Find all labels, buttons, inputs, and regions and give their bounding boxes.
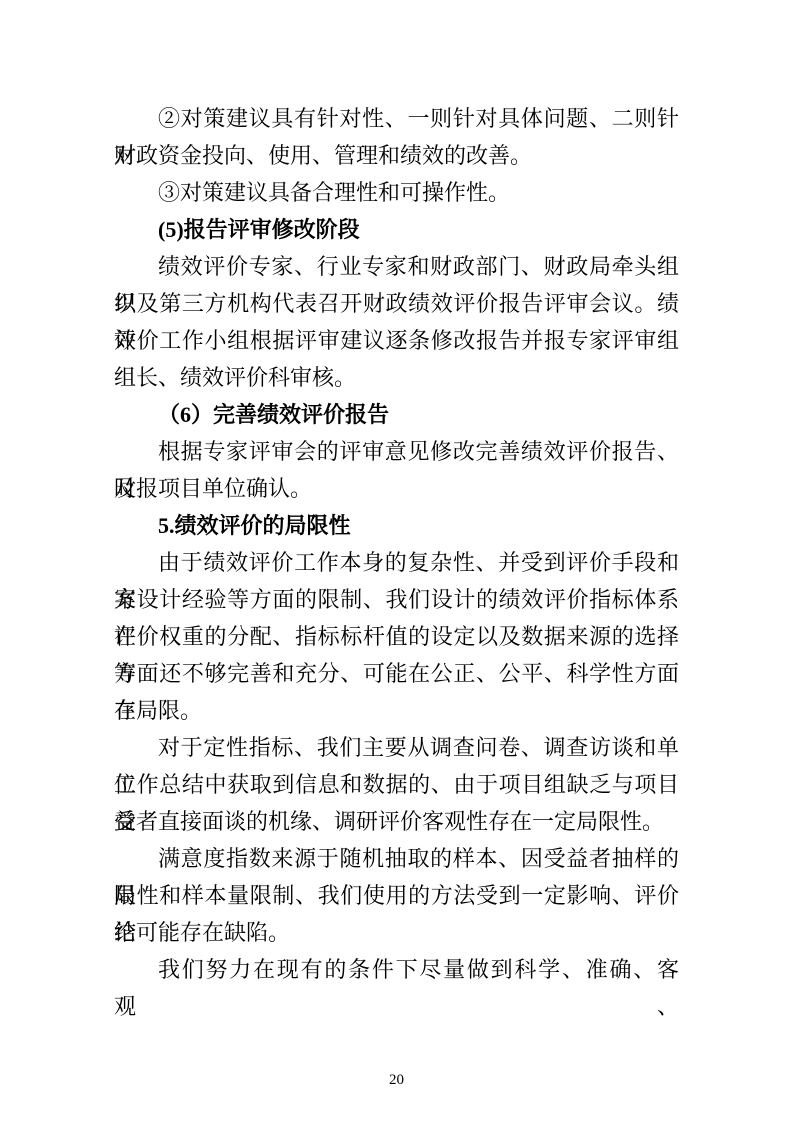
text-line: 对于定性指标、我们主要从调查问卷、调查访谈和单位: [114, 729, 679, 766]
text-line: 时报项目单位确认。: [114, 470, 679, 507]
page-body-text: ②对策建议具有针对性、一则针对具体问题、二则针对 财政资金投向、使用、管理和绩效…: [114, 100, 679, 988]
text-line: 组长、绩效评价科审核。: [114, 359, 679, 396]
text-line: 绩效评价专家、行业专家和财政部门、财政局牵头组织: [114, 248, 679, 285]
heading-report-review-stage: (5)报告评审修改阶段: [114, 211, 679, 248]
text-line: 在局限。: [114, 692, 679, 729]
heading-evaluation-limitations: 5.绩效评价的局限性: [114, 507, 679, 544]
page-number: 20: [389, 1072, 404, 1088]
text-line: 我们努力在现有的条件下尽量做到科学、准确、客观、: [114, 951, 679, 988]
heading-improve-evaluation-report: （6）完善绩效评价报告: [114, 396, 679, 433]
text-line: 评价工作小组根据评审建议逐条修改报告并报专家评审组: [114, 322, 679, 359]
text-line: 根据专家评审会的评审意见修改完善绩效评价报告、及: [114, 433, 679, 470]
text-line: 限性和样本量限制、我们使用的方法受到一定影响、评价结: [114, 877, 679, 914]
text-line: 工作总结中获取到信息和数据的、由于项目组缺乏与项目受: [114, 766, 679, 803]
text-line: 评价权重的分配、指标标杆值的设定以及数据来源的选择等: [114, 618, 679, 655]
text-line: 满意度指数来源于随机抽取的样本、因受益者抽样的局: [114, 840, 679, 877]
document-page: ②对策建议具有针对性、一则针对具体问题、二则针对 财政资金投向、使用、管理和绩效…: [0, 0, 793, 1122]
text-line: 由于绩效评价工作本身的复杂性、并受到评价手段和方: [114, 544, 679, 581]
page-footer: 20: [0, 1071, 793, 1089]
text-line: ②对策建议具有针对性、一则针对具体问题、二则针对: [114, 100, 679, 137]
text-line: 益者直接面谈的机缘、调研评价客观性存在一定局限性。: [114, 803, 679, 840]
text-line: ③对策建议具备合理性和可操作性。: [114, 174, 679, 211]
text-line: 方面还不够完善和充分、可能在公正、公平、科学性方面存: [114, 655, 679, 692]
text-line: 论可能存在缺陷。: [114, 914, 679, 951]
text-line: 财政资金投向、使用、管理和绩效的改善。: [114, 137, 679, 174]
text-line: 以及第三方机构代表召开财政绩效评价报告评审会议。绩效: [114, 285, 679, 322]
text-line: 案设计经验等方面的限制、我们设计的绩效评价指标体系在: [114, 581, 679, 618]
